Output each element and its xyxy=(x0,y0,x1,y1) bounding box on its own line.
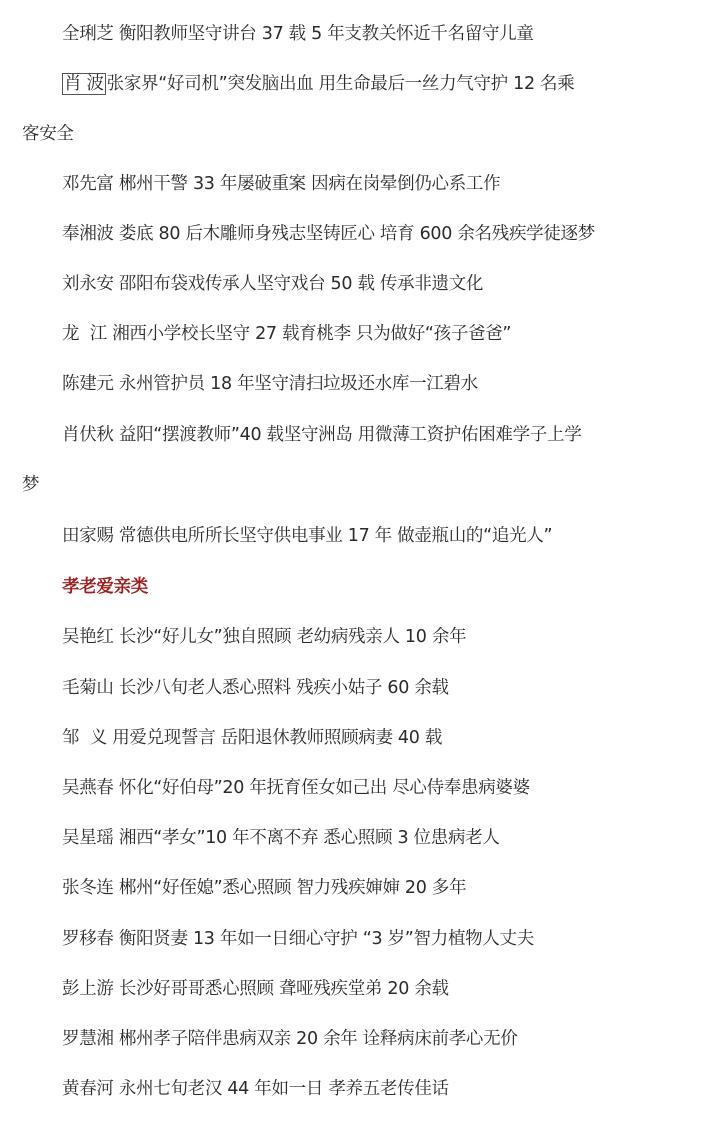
honoree-description: 永州管护员 18 年坚守清扫垃圾还水库一江碧水 xyxy=(119,374,478,394)
honoree-name: 邓先富 xyxy=(62,174,114,194)
honoree-name: 龙 江 xyxy=(62,324,107,344)
honoree-line: 邓先富 郴州干警 33 年屡破重案 因病在岗晕倒仍心系工作 xyxy=(62,172,500,196)
honoree-name: 全琍芝 xyxy=(62,24,114,44)
wrapped-line-continuation: 客安全 xyxy=(22,122,74,146)
honoree-line: 全琍芝 衡阳教师坚守讲台 37 载 5 年支教关怀近千名留守儿童 xyxy=(62,22,534,46)
honoree-name: 吴星瑶 xyxy=(62,828,114,848)
honoree-name: 肖伏秋 xyxy=(62,425,114,445)
honoree-name: 吴燕春 xyxy=(62,778,114,798)
honoree-name: 罗慧湘 xyxy=(62,1029,114,1049)
honoree-description: 怀化“好伯母”20 年抚育侄女如己出 尽心侍奉患病婆婆 xyxy=(119,778,530,798)
honoree-description: 郴州干警 33 年屡破重案 因病在岗晕倒仍心系工作 xyxy=(119,174,500,194)
honoree-description: 衡阳教师坚守讲台 37 载 5 年支教关怀近千名留守儿童 xyxy=(119,24,534,44)
honoree-name: 田家赐 xyxy=(62,526,114,546)
honoree-name: 奉湘波 xyxy=(62,224,114,244)
honoree-line: 肖伏秋 益阳“摆渡教师”40 载坚守洲岛 用微薄工资护佑困难学子上学 xyxy=(62,423,581,447)
honoree-description: 郴州孝子陪伴患病双亲 20 余年 诠释病床前孝心无价 xyxy=(119,1029,518,1049)
honoree-line: 龙 江 湘西小学校长坚守 27 载育桃李 只为做好“孩子爸爸” xyxy=(62,322,511,346)
honoree-description: 用爱兑现誓言 岳阳退休教师照顾病妻 40 载 xyxy=(112,728,442,748)
honoree-name: 陈建元 xyxy=(62,374,114,394)
honoree-line: 吴星瑶 湘西“孝女”10 年不离不弃 悉心照顾 3 位患病老人 xyxy=(62,826,500,850)
honoree-line: 陈建元 永州管护员 18 年坚守清扫垃圾还水库一江碧水 xyxy=(62,372,478,396)
honoree-line: 罗慧湘 郴州孝子陪伴患病双亲 20 余年 诠释病床前孝心无价 xyxy=(62,1027,518,1051)
honoree-line: 吴艳红 长沙“好儿女”独自照顾 老幼病残亲人 10 余年 xyxy=(62,625,466,649)
wrapped-line-continuation: 梦 xyxy=(22,473,39,497)
honoree-line: 田家赐 常德供电所所长坚守供电事业 17 年 做壶瓶山的“追光人” xyxy=(62,524,552,548)
honoree-name: 吴艳红 xyxy=(62,627,114,647)
honoree-name: 黄春河 xyxy=(62,1079,114,1099)
section-heading: 孝老爱亲类 xyxy=(62,575,148,599)
honoree-line: 奉湘波 娄底 80 后木雕师身残志坚铸匠心 培育 600 余名残疾学徒逐梦 xyxy=(62,222,595,246)
honoree-description: 湘西“孝女”10 年不离不弃 悉心照顾 3 位患病老人 xyxy=(119,828,500,848)
honoree-description: 长沙“好儿女”独自照顾 老幼病残亲人 10 余年 xyxy=(119,627,466,647)
honoree-name: 刘永安 xyxy=(62,274,114,294)
honoree-description: 郴州“好侄媳”悉心照顾 智力残疾婶婶 20 多年 xyxy=(119,878,466,898)
honoree-name: 罗移春 xyxy=(62,929,114,949)
honoree-description: 长沙八旬老人悉心照料 残疾小姑子 60 余载 xyxy=(119,678,449,698)
honoree-description: 常德供电所所长坚守供电事业 17 年 做壶瓶山的“追光人” xyxy=(119,526,552,546)
honoree-description: 娄底 80 后木雕师身残志坚铸匠心 培育 600 余名残疾学徒逐梦 xyxy=(119,224,595,244)
honoree-line: 邹 义 用爱兑现誓言 岳阳退休教师照顾病妻 40 载 xyxy=(62,726,442,750)
honoree-line: 彭上游 长沙好哥哥悉心照顾 聋哑残疾堂弟 20 余载 xyxy=(62,977,449,1001)
honoree-description: 长沙好哥哥悉心照顾 聋哑残疾堂弟 20 余载 xyxy=(119,979,449,999)
honoree-description: 邵阳布袋戏传承人坚守戏台 50 载 传承非遗文化 xyxy=(119,274,483,294)
honoree-line: 毛菊山 长沙八旬老人悉心照料 残疾小姑子 60 余载 xyxy=(62,676,449,700)
honoree-description: 湘西小学校长坚守 27 载育桃李 只为做好“孩子爸爸” xyxy=(112,324,511,344)
honoree-line: 罗移春 衡阳贤妻 13 年如一日细心守护 “3 岁”智力植物人丈夫 xyxy=(62,927,534,951)
honoree-description: 张家界“好司机”突发脑出血 用生命最后一丝力气守护 12 名乘 xyxy=(107,74,575,94)
honoree-description: 永州七旬老汉 44 年如一日 孝养五老传佳话 xyxy=(119,1079,449,1099)
honoree-line: 张冬连 郴州“好侄媳”悉心照顾 智力残疾婶婶 20 多年 xyxy=(62,876,466,900)
honoree-name: 彭上游 xyxy=(62,979,114,999)
honoree-name: 毛菊山 xyxy=(62,678,114,698)
honoree-name: 邹 义 xyxy=(62,728,107,748)
honoree-line: 黄春河 永州七旬老汉 44 年如一日 孝养五老传佳话 xyxy=(62,1077,449,1101)
honoree-name-boxed: 肖 波 xyxy=(62,73,106,95)
honoree-name: 张冬连 xyxy=(62,878,114,898)
honoree-line: 刘永安 邵阳布袋戏传承人坚守戏台 50 载 传承非遗文化 xyxy=(62,272,483,296)
honoree-description: 衡阳贤妻 13 年如一日细心守护 “3 岁”智力植物人丈夫 xyxy=(119,929,534,949)
honoree-description: 益阳“摆渡教师”40 载坚守洲岛 用微薄工资护佑困难学子上学 xyxy=(119,425,582,445)
honoree-line: 肖 波张家界“好司机”突发脑出血 用生命最后一丝力气守护 12 名乘 xyxy=(62,72,574,96)
honoree-line: 吴燕春 怀化“好伯母”20 年抚育侄女如己出 尽心侍奉患病婆婆 xyxy=(62,776,530,800)
